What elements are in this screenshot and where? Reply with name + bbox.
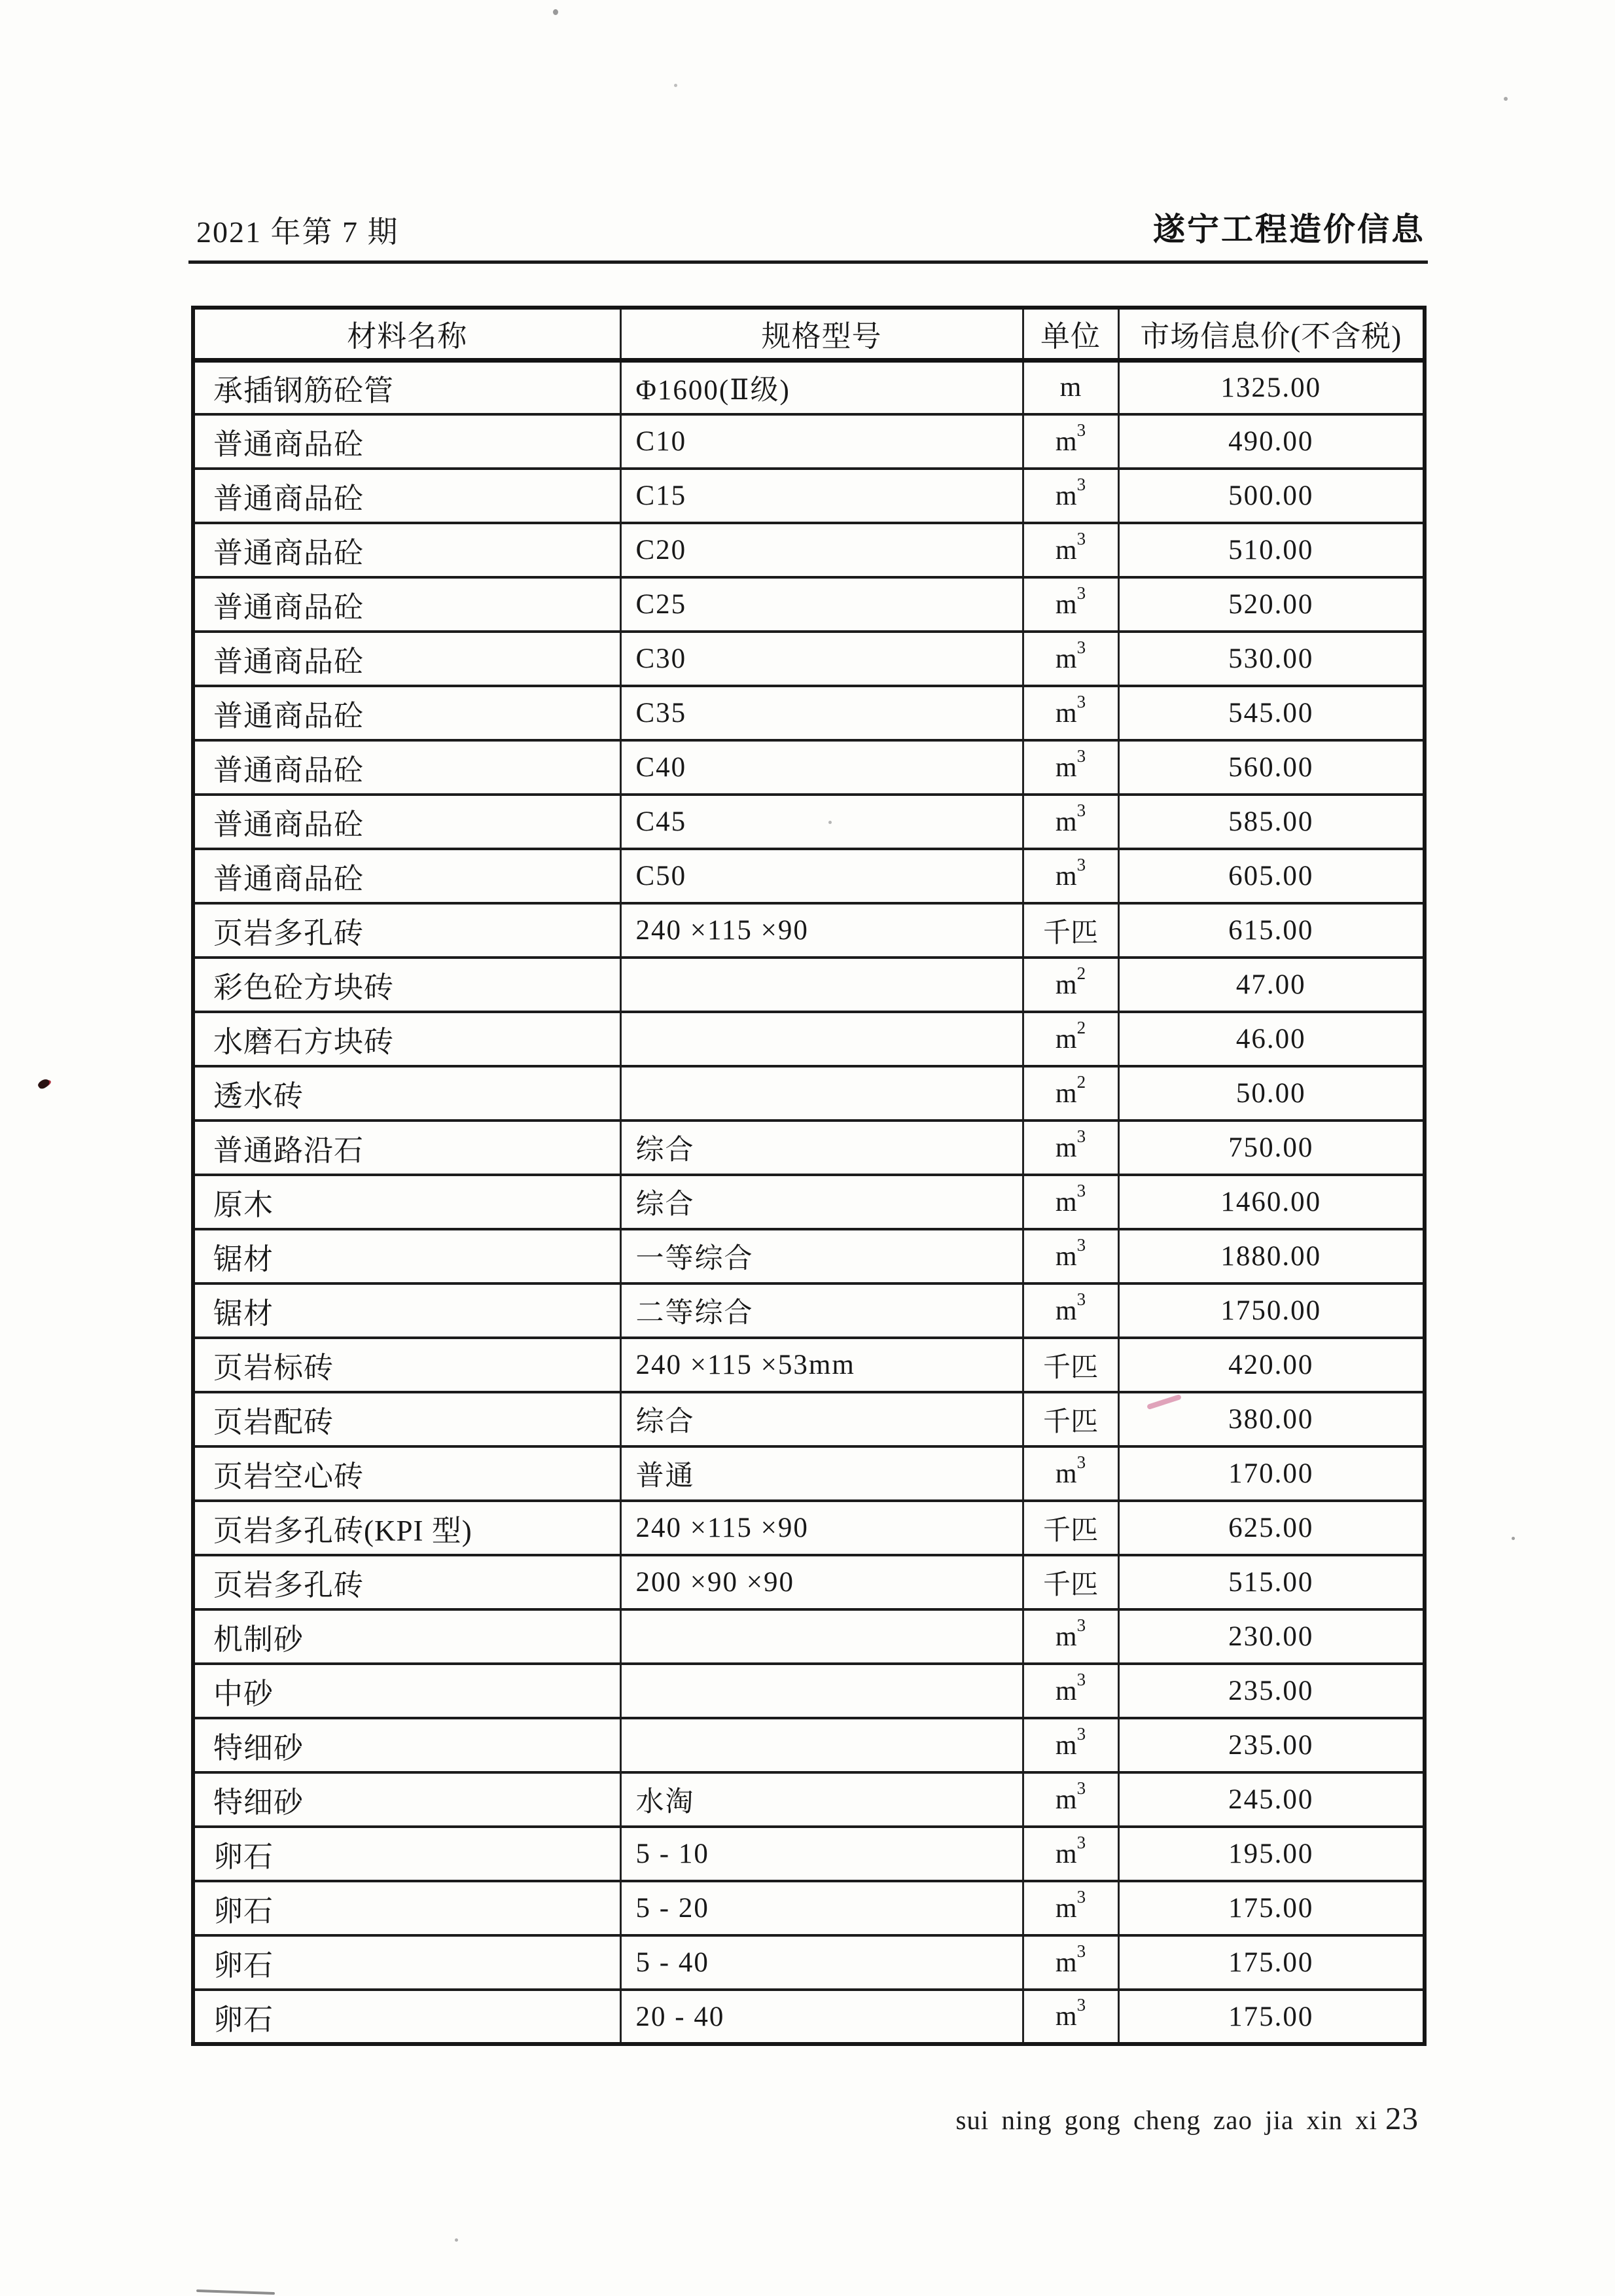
spec-cell: 二等综合: [620, 1283, 1023, 1338]
table-row: 普通商品砼C20m3510.00: [193, 523, 1425, 577]
spec-cell: [620, 958, 1023, 1012]
material-name-cell: 普通商品砼: [193, 523, 620, 577]
unit-exponent: 3: [1077, 746, 1086, 766]
unit-cell: 千匹: [1023, 1392, 1118, 1446]
unit-base: m: [1056, 427, 1077, 457]
unit-base: m: [1056, 698, 1077, 728]
scanned-page: 2021 年第 7 期 遂宁工程造价信息 材料名称 规格型号 单位 市场信息价(…: [0, 0, 1615, 2296]
unit-base: m: [1056, 1948, 1077, 1978]
unit-exponent: 3: [1077, 1452, 1086, 1472]
material-name-cell: 页岩多孔砖: [193, 1555, 620, 1609]
price-cell: 490.00: [1118, 414, 1425, 469]
unit-exponent: 3: [1077, 1670, 1086, 1689]
table-row: 卵石5 - 20m3175.00: [193, 1881, 1425, 1935]
unit-base: m: [1056, 1242, 1077, 1272]
unit-base: m: [1056, 807, 1077, 837]
table-row: 机制砂m3230.00: [193, 1609, 1425, 1664]
scan-speck: [674, 84, 677, 87]
col-header-material-name: 材料名称: [193, 308, 620, 360]
materials-table-body: 承插钢筋砼管Φ1600(Ⅱ级)m1325.00普通商品砼C10m3490.00普…: [193, 360, 1425, 2044]
table-row: 卵石5 - 10m3195.00: [193, 1827, 1425, 1881]
material-name-cell: 普通商品砼: [193, 469, 620, 523]
unit-exponent: 3: [1077, 475, 1086, 494]
material-name-cell: 普通商品砼: [193, 577, 620, 632]
unit-base: m: [1056, 1024, 1077, 1054]
unit-cell: m3: [1023, 414, 1118, 469]
price-cell: 560.00: [1118, 740, 1425, 795]
unit-base: m: [1056, 590, 1077, 620]
spec-cell: [620, 1609, 1023, 1664]
spec-cell: C25: [620, 577, 1023, 632]
price-cell: 625.00: [1118, 1501, 1425, 1555]
scan-speck: [1512, 1537, 1515, 1540]
unit-exponent: 3: [1077, 1235, 1086, 1255]
price-cell: 46.00: [1118, 1012, 1425, 1066]
spec-cell: C40: [620, 740, 1023, 795]
material-name-cell: 普通商品砼: [193, 740, 620, 795]
col-header-spec: 规格型号: [620, 308, 1023, 360]
unit-cell: m3: [1023, 1718, 1118, 1772]
table-row: 普通商品砼C50m3605.00: [193, 849, 1425, 903]
price-cell: 515.00: [1118, 1555, 1425, 1609]
price-cell: 235.00: [1118, 1664, 1425, 1718]
unit-cell: m2: [1023, 1012, 1118, 1066]
unit-exponent: 3: [1077, 529, 1086, 548]
scan-speck: [455, 2238, 458, 2242]
scan-speck-red: [37, 1077, 51, 1090]
spec-cell: 水淘: [620, 1772, 1023, 1827]
unit-exponent: 3: [1077, 1941, 1086, 1961]
unit-cell: m3: [1023, 577, 1118, 632]
table-row: 页岩配砖综合千匹380.00: [193, 1392, 1425, 1446]
unit-base: m: [1056, 1622, 1077, 1652]
publication-title: 遂宁工程造价信息: [1153, 204, 1425, 250]
unit-exponent: 3: [1077, 692, 1086, 711]
unit-exponent: 3: [1077, 1615, 1086, 1635]
col-header-price: 市场信息价(不含税): [1118, 308, 1425, 360]
spec-cell: 5 - 20: [620, 1881, 1023, 1935]
unit-exponent: 3: [1077, 420, 1086, 440]
material-name-cell: 卵石: [193, 1990, 620, 2044]
unit-exponent: 2: [1077, 1072, 1086, 1092]
unit-base: m: [1056, 970, 1077, 1000]
price-cell: 235.00: [1118, 1718, 1425, 1772]
material-name-cell: 卵石: [193, 1935, 620, 1990]
material-name-cell: 卵石: [193, 1881, 620, 1935]
material-name-cell: 卵石: [193, 1827, 620, 1881]
table-row: 普通商品砼C25m3520.00: [193, 577, 1425, 632]
unit-cell: m3: [1023, 686, 1118, 740]
material-name-cell: 锯材: [193, 1229, 620, 1283]
table-header-row: 材料名称 规格型号 单位 市场信息价(不含税): [193, 308, 1425, 360]
price-cell: 500.00: [1118, 469, 1425, 523]
unit-exponent: 3: [1077, 1724, 1086, 1744]
unit-exponent: 3: [1077, 1289, 1086, 1309]
unit-cell: 千匹: [1023, 1501, 1118, 1555]
price-cell: 1750.00: [1118, 1283, 1425, 1338]
table-row: 普通商品砼C40m3560.00: [193, 740, 1425, 795]
unit-cell: m3: [1023, 1283, 1118, 1338]
table-row: 页岩多孔砖240 ×115 ×90千匹615.00: [193, 903, 1425, 958]
price-cell: 750.00: [1118, 1121, 1425, 1175]
price-cell: 420.00: [1118, 1338, 1425, 1392]
price-cell: 47.00: [1118, 958, 1425, 1012]
scan-speck: [1504, 97, 1508, 101]
unit-base: m: [1056, 1133, 1077, 1163]
unit-cell: m3: [1023, 469, 1118, 523]
unit-base: 千匹: [1043, 1516, 1098, 1546]
unit-base: m: [1056, 481, 1077, 511]
spec-cell: C45: [620, 795, 1023, 849]
spec-cell: 5 - 10: [620, 1827, 1023, 1881]
table-row: 普通商品砼C45m3585.00: [193, 795, 1425, 849]
spec-cell: C10: [620, 414, 1023, 469]
spec-cell: 200 ×90 ×90: [620, 1555, 1023, 1609]
price-cell: 175.00: [1118, 1990, 1425, 2044]
material-name-cell: 特细砂: [193, 1718, 620, 1772]
spec-cell: 20 - 40: [620, 1990, 1023, 2044]
price-cell: 195.00: [1118, 1827, 1425, 1881]
spec-cell: 综合: [620, 1175, 1023, 1229]
unit-base: 千匹: [1043, 1570, 1098, 1600]
spec-cell: C35: [620, 686, 1023, 740]
material-name-cell: 页岩标砖: [193, 1338, 620, 1392]
material-name-cell: 页岩配砖: [193, 1392, 620, 1446]
unit-base: m: [1056, 1731, 1077, 1761]
material-name-cell: 锯材: [193, 1283, 620, 1338]
price-cell: 175.00: [1118, 1935, 1425, 1990]
price-cell: 1880.00: [1118, 1229, 1425, 1283]
material-name-cell: 普通路沿石: [193, 1121, 620, 1175]
price-cell: 510.00: [1118, 523, 1425, 577]
unit-cell: 千匹: [1023, 1555, 1118, 1609]
table-row: 普通商品砼C15m3500.00: [193, 469, 1425, 523]
material-name-cell: 页岩空心砖: [193, 1446, 620, 1501]
table-row: 中砂m3235.00: [193, 1664, 1425, 1718]
unit-exponent: 3: [1077, 1181, 1086, 1200]
unit-cell: m3: [1023, 1772, 1118, 1827]
unit-cell: m3: [1023, 523, 1118, 577]
material-name-cell: 普通商品砼: [193, 795, 620, 849]
table-row: 卵石20 - 40m3175.00: [193, 1990, 1425, 2044]
unit-exponent: 3: [1077, 855, 1086, 874]
unit-exponent: 3: [1077, 1833, 1086, 1852]
unit-cell: m3: [1023, 1446, 1118, 1501]
unit-cell: m: [1023, 360, 1118, 414]
unit-base: 千匹: [1043, 918, 1098, 948]
material-name-cell: 中砂: [193, 1664, 620, 1718]
price-cell: 1460.00: [1118, 1175, 1425, 1229]
unit-base: m: [1056, 1839, 1077, 1869]
unit-base: m: [1060, 372, 1082, 403]
material-name-cell: 特细砂: [193, 1772, 620, 1827]
unit-exponent: 3: [1077, 1887, 1086, 1907]
issue-label: 2021 年第 7 期: [196, 208, 399, 251]
unit-exponent: 3: [1077, 583, 1086, 603]
spec-cell: Φ1600(Ⅱ级): [620, 360, 1023, 414]
price-cell: 50.00: [1118, 1066, 1425, 1121]
spec-cell: 240 ×115 ×53mm: [620, 1338, 1023, 1392]
unit-cell: 千匹: [1023, 903, 1118, 958]
table-row: 特细砂m3235.00: [193, 1718, 1425, 1772]
price-cell: 245.00: [1118, 1772, 1425, 1827]
material-name-cell: 水磨石方块砖: [193, 1012, 620, 1066]
table-row: 锯材一等综合m31880.00: [193, 1229, 1425, 1283]
unit-cell: m3: [1023, 1609, 1118, 1664]
unit-cell: m3: [1023, 1990, 1118, 2044]
material-name-cell: 机制砂: [193, 1609, 620, 1664]
unit-base: m: [1056, 644, 1077, 674]
unit-cell: m3: [1023, 1175, 1118, 1229]
unit-exponent: 3: [1077, 1126, 1086, 1146]
price-cell: 585.00: [1118, 795, 1425, 849]
spec-cell: 综合: [620, 1392, 1023, 1446]
unit-base: m: [1056, 1187, 1077, 1217]
page-footer: sui ning gong cheng zao jia xin xi23: [955, 2100, 1419, 2137]
table-row: 页岩多孔砖200 ×90 ×90千匹515.00: [193, 1555, 1425, 1609]
price-cell: 1325.00: [1118, 360, 1425, 414]
unit-base: m: [1056, 861, 1077, 891]
unit-base: m: [1056, 753, 1077, 783]
unit-exponent: 2: [1077, 963, 1086, 983]
spec-cell: C20: [620, 523, 1023, 577]
price-cell: 615.00: [1118, 903, 1425, 958]
table-row: 页岩标砖240 ×115 ×53mm千匹420.00: [193, 1338, 1425, 1392]
material-name-cell: 普通商品砼: [193, 414, 620, 469]
unit-exponent: 3: [1077, 1778, 1086, 1798]
spec-cell: [620, 1012, 1023, 1066]
unit-cell: m2: [1023, 958, 1118, 1012]
unit-exponent: 3: [1077, 1995, 1086, 2015]
scan-speck: [553, 9, 558, 15]
spec-cell: 5 - 40: [620, 1935, 1023, 1990]
price-cell: 175.00: [1118, 1881, 1425, 1935]
spec-cell: C50: [620, 849, 1023, 903]
footer-pinyin: sui ning gong cheng zao jia xin xi: [955, 2105, 1377, 2135]
unit-cell: m3: [1023, 1827, 1118, 1881]
spec-cell: [620, 1664, 1023, 1718]
material-name-cell: 页岩多孔砖: [193, 903, 620, 958]
unit-cell: m3: [1023, 1229, 1118, 1283]
table-row: 卵石5 - 40m3175.00: [193, 1935, 1425, 1990]
price-cell: 605.00: [1118, 849, 1425, 903]
table-row: 承插钢筋砼管Φ1600(Ⅱ级)m1325.00: [193, 360, 1425, 414]
unit-cell: m3: [1023, 795, 1118, 849]
unit-cell: m3: [1023, 740, 1118, 795]
spec-cell: C30: [620, 632, 1023, 686]
material-name-cell: 承插钢筋砼管: [193, 360, 620, 414]
unit-base: m: [1056, 1296, 1077, 1326]
table-row: 特细砂水淘m3245.00: [193, 1772, 1425, 1827]
material-name-cell: 透水砖: [193, 1066, 620, 1121]
unit-base: 千匹: [1043, 1407, 1098, 1437]
material-name-cell: 原木: [193, 1175, 620, 1229]
unit-base: 千匹: [1043, 1353, 1098, 1383]
page-number: 23: [1385, 2100, 1419, 2136]
unit-base: m: [1056, 1079, 1077, 1109]
table-row: 普通商品砼C10m3490.00: [193, 414, 1425, 469]
unit-cell: m3: [1023, 1881, 1118, 1935]
spec-cell: [620, 1718, 1023, 1772]
material-name-cell: 普通商品砼: [193, 849, 620, 903]
scan-smudge: [196, 2289, 275, 2295]
price-cell: 545.00: [1118, 686, 1425, 740]
unit-cell: m3: [1023, 1121, 1118, 1175]
unit-cell: m3: [1023, 849, 1118, 903]
spec-cell: 一等综合: [620, 1229, 1023, 1283]
table-row: 页岩空心砖普通m3170.00: [193, 1446, 1425, 1501]
unit-base: m: [1056, 1785, 1077, 1815]
table-row: 普通路沿石综合m3750.00: [193, 1121, 1425, 1175]
unit-exponent: 3: [1077, 637, 1086, 657]
material-name-cell: 彩色砼方块砖: [193, 958, 620, 1012]
price-cell: 170.00: [1118, 1446, 1425, 1501]
materials-table-head: 材料名称 规格型号 单位 市场信息价(不含税): [193, 308, 1425, 360]
spec-cell: C15: [620, 469, 1023, 523]
price-cell: 520.00: [1118, 577, 1425, 632]
price-cell: 530.00: [1118, 632, 1425, 686]
unit-exponent: 3: [1077, 800, 1086, 820]
unit-base: m: [1056, 535, 1077, 565]
spec-cell: [620, 1066, 1023, 1121]
material-name-cell: 普通商品砼: [193, 686, 620, 740]
spec-cell: 240 ×115 ×90: [620, 1501, 1023, 1555]
table-row: 普通商品砼C30m3530.00: [193, 632, 1425, 686]
table-row: 透水砖m250.00: [193, 1066, 1425, 1121]
spec-cell: 综合: [620, 1121, 1023, 1175]
material-name-cell: 页岩多孔砖(KPI 型): [193, 1501, 620, 1555]
material-name-cell: 普通商品砼: [193, 632, 620, 686]
header-rule: [188, 260, 1428, 264]
unit-base: m: [1056, 1676, 1077, 1706]
spec-cell: 普通: [620, 1446, 1023, 1501]
unit-cell: m2: [1023, 1066, 1118, 1121]
table-row: 原木综合m31460.00: [193, 1175, 1425, 1229]
table-row: 普通商品砼C35m3545.00: [193, 686, 1425, 740]
unit-cell: m3: [1023, 1664, 1118, 1718]
unit-base: m: [1056, 2001, 1077, 2032]
table-row: 彩色砼方块砖m247.00: [193, 958, 1425, 1012]
price-cell: 230.00: [1118, 1609, 1425, 1664]
unit-cell: m3: [1023, 1935, 1118, 1990]
unit-cell: m3: [1023, 632, 1118, 686]
table-row: 锯材二等综合m31750.00: [193, 1283, 1425, 1338]
materials-price-table: 材料名称 规格型号 单位 市场信息价(不含税) 承插钢筋砼管Φ1600(Ⅱ级)m…: [191, 306, 1427, 2046]
unit-base: m: [1056, 1893, 1077, 1924]
table-row: 页岩多孔砖(KPI 型)240 ×115 ×90千匹625.00: [193, 1501, 1425, 1555]
col-header-unit: 单位: [1023, 308, 1118, 360]
unit-base: m: [1056, 1459, 1077, 1489]
table-row: 水磨石方块砖m246.00: [193, 1012, 1425, 1066]
unit-cell: 千匹: [1023, 1338, 1118, 1392]
spec-cell: 240 ×115 ×90: [620, 903, 1023, 958]
scan-speck: [828, 821, 832, 824]
unit-exponent: 2: [1077, 1018, 1086, 1037]
